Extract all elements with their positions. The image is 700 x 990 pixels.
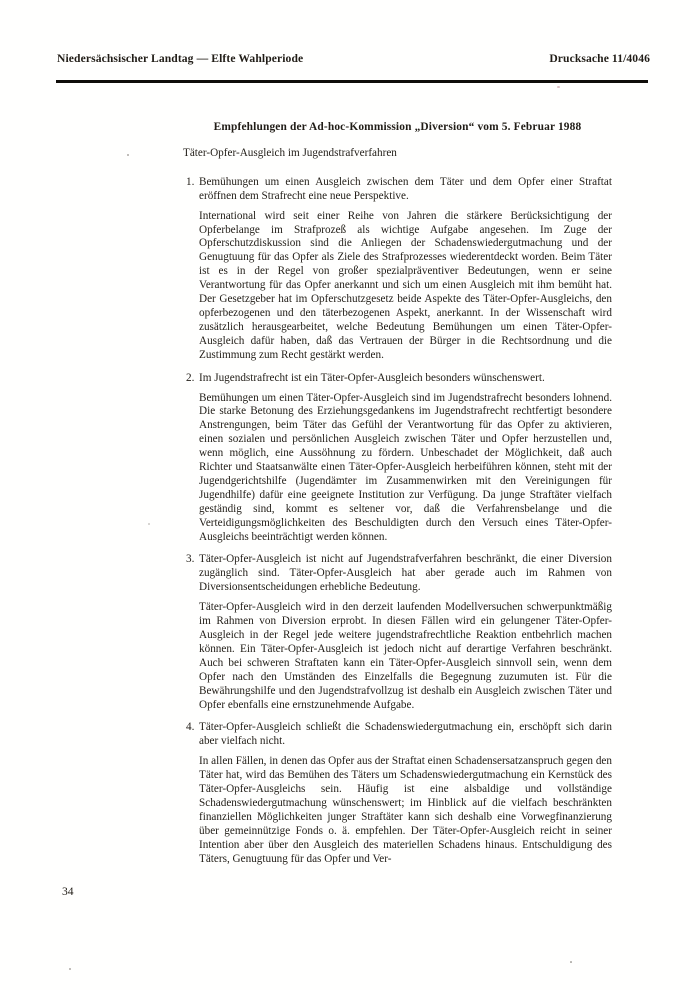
document-body: Empfehlungen der Ad-hoc-Kommission „Dive… [183,121,612,876]
list-item-3: 3. Täter-Opfer-Ausgleich ist nicht auf J… [183,553,612,712]
document-subtitle: Täter-Opfer-Ausgleich im Jugendstrafverf… [183,147,612,161]
document-page: Niedersächsischer Landtag — Elfte Wahlpe… [0,0,700,990]
header-right-text: Drucksache 11/4046 [549,52,650,65]
item-paragraph: International wird seit einer Reihe von … [199,210,612,363]
scan-speck [127,154,129,156]
item-number: 1. [186,176,194,190]
item-heading: Im Jugendstrafrecht ist ein Täter-Opfer-… [199,372,612,386]
header-rule [56,80,648,83]
item-number: 2. [186,372,194,386]
header-left-text: Niedersächsischer Landtag — Elfte Wahlpe… [57,52,303,65]
scan-speck [148,523,150,525]
scan-speck [69,968,71,970]
scan-speck [570,961,572,963]
list-item-1: 1. Bemühungen um einen Ausgleich zwische… [183,176,612,363]
item-heading: Täter-Opfer-Ausgleich schließt die Schad… [199,721,612,749]
item-number: 4. [186,721,194,735]
item-paragraph: Täter-Opfer-Ausgleich wird in den derzei… [199,601,612,712]
item-paragraph: In allen Fällen, in denen das Opfer aus … [199,755,612,866]
list-item-2: 2. Im Jugendstrafrecht ist ein Täter-Opf… [183,372,612,545]
page-header: Niedersächsischer Landtag — Elfte Wahlpe… [57,52,650,65]
item-heading: Täter-Opfer-Ausgleich ist nicht auf Juge… [199,553,612,595]
item-paragraph: Bemühungen um einen Täter-Opfer-Ausgleic… [199,392,612,545]
page-number: 34 [62,885,74,898]
document-title: Empfehlungen der Ad-hoc-Kommission „Dive… [183,121,612,135]
list-item-4: 4. Täter-Opfer-Ausgleich schließt die Sc… [183,721,612,866]
item-number: 3. [186,553,194,567]
item-heading: Bemühungen um einen Ausgleich zwischen d… [199,176,612,204]
scan-speck [557,86,560,88]
